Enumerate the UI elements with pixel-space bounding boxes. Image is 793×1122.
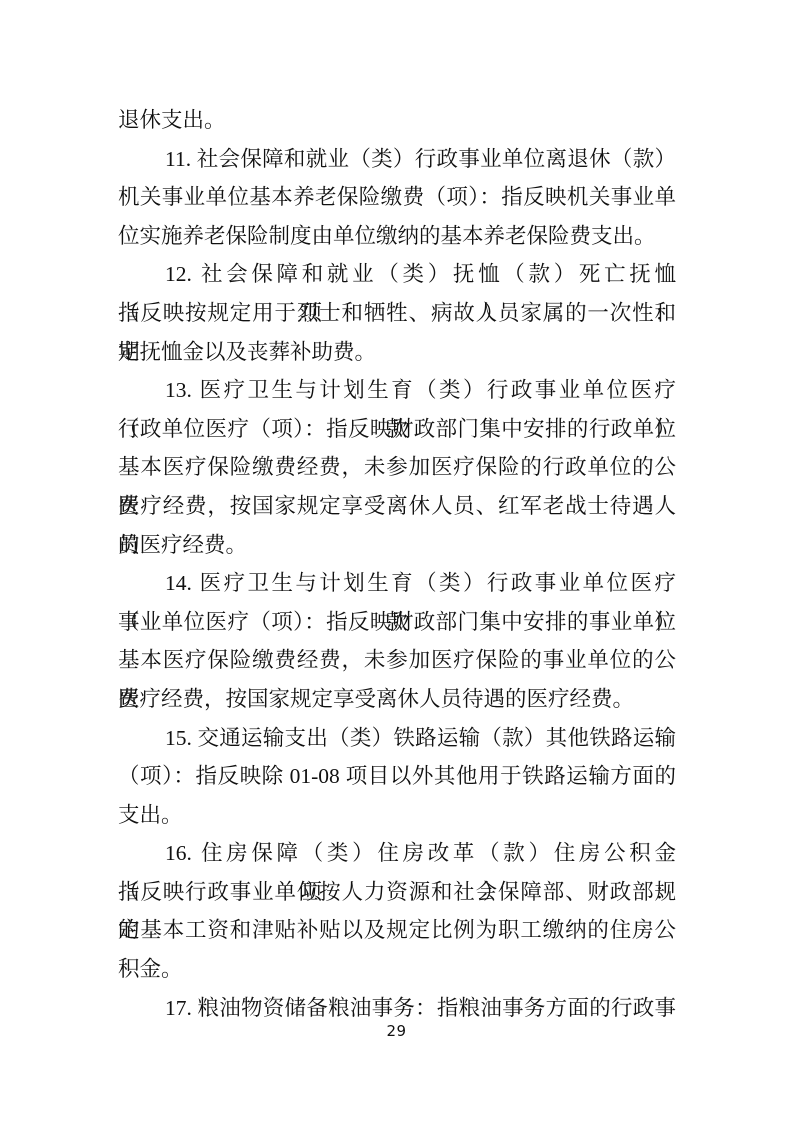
text-line: 机关事业单位基本养老保险缴费（项）：指反映机关事业单 [118, 178, 676, 217]
text-line: 的基本工资和津贴补贴以及规定比例为职工缴纳的住房公 [118, 911, 676, 950]
text-line: 支出。 [118, 796, 676, 835]
text-line: 13. 医疗卫生与计划生育（类）行政事业单位医疗（款） [118, 371, 676, 410]
text-line: 积金。 [118, 950, 676, 989]
text-line: 15. 交通运输支出（类）铁路运输（款）其他铁路运输 [118, 719, 676, 758]
page-number: 29 [386, 1022, 406, 1040]
text-line: 期抚恤金以及丧葬补助费。 [118, 333, 676, 372]
text-line: 位实施养老保险制度由单位缴纳的基本养老保险费支出。 [118, 217, 676, 256]
text-line: 指反映按规定用于烈士和牺牲、病故人员家属的一次性和定 [118, 294, 676, 333]
text-line: 退休支出。 [118, 101, 676, 140]
text-line: 基本医疗保险缴费经费，未参加医疗保险的事业单位的公费 [118, 641, 676, 680]
text-line: 14. 医疗卫生与计划生育（类）行政事业单位医疗（款） [118, 564, 676, 603]
body-text-block: 退休支出。11. 社会保障和就业（类）行政事业单位离退休（款）机关事业单位基本养… [118, 101, 676, 1027]
text-line: 16. 住房保障（类）住房改革（款）住房公积金（项）： [118, 834, 676, 873]
text-line: 的医疗经费。 [118, 526, 676, 565]
document-page: 退休支出。11. 社会保障和就业（类）行政事业单位离退休（款）机关事业单位基本养… [0, 0, 793, 1122]
text-line: 指反映行政事业单位按人力资源和社会保障部、财政部规定 [118, 873, 676, 912]
text-line: 11. 社会保障和就业（类）行政事业单位离退休（款） [118, 140, 676, 179]
text-line: 12. 社会保障和就业（类）抚恤（款）死亡抚恤（项）： [118, 255, 676, 294]
text-line: （项）：指反映除 01-08 项目以外其他用于铁路运输方面的 [118, 757, 676, 796]
text-line: 行政单位医疗（项）：指反映财政部门集中安排的行政单位 [118, 410, 676, 449]
text-line: 基本医疗保险缴费经费，未参加医疗保险的行政单位的公费 [118, 448, 676, 487]
text-line: 医疗经费，按国家规定享受离休人员、红军老战士待遇人员 [118, 487, 676, 526]
text-line: 事业单位医疗（项）：指反映财政部门集中安排的事业单位 [118, 603, 676, 642]
page-footer: 29 [0, 1022, 793, 1041]
text-line: 医疗经费，按国家规定享受离休人员待遇的医疗经费。 [118, 680, 676, 719]
